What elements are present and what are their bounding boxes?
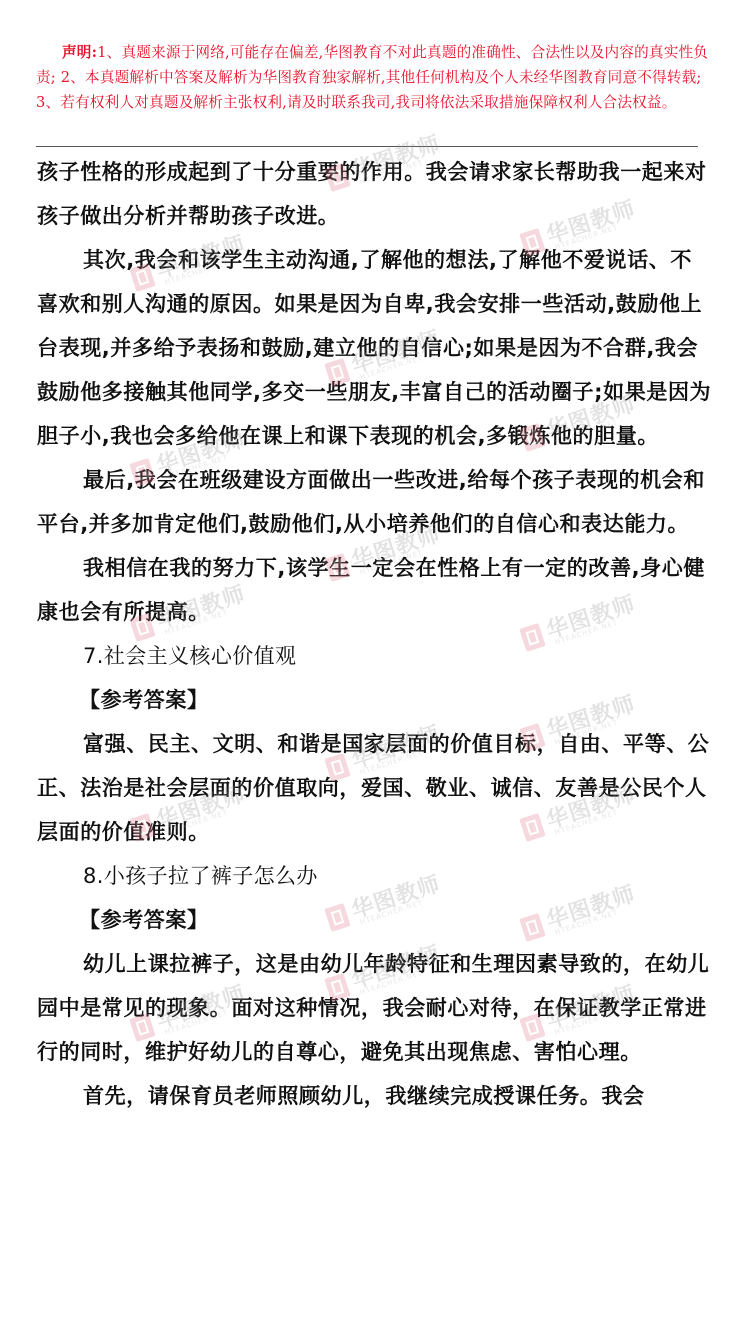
question-7-title: 7.社会主义核心价值观 — [37, 634, 713, 678]
document-page: 声明:1、真题来源于网络,可能存在偏差,华图教育不对此真题的准确性、合法性以及内… — [0, 0, 748, 1334]
disclaimer-notice: 声明:1、真题来源于网络,可能存在偏差,华图教育不对此真题的准确性、合法性以及内… — [36, 40, 712, 115]
question-8-answer-label: 【参考答案】 — [37, 898, 713, 942]
header-separator — [36, 146, 698, 147]
paragraph-continuation: 孩子性格的形成起到了十分重要的作用。我会请求家长帮助我一起来对孩子做出分析并帮助… — [37, 150, 713, 238]
paragraph-conclusion: 我相信在我的努力下,该学生一定会在性格上有一定的改善,身心健康也会有所提高。 — [37, 546, 713, 634]
paragraph-second: 其次,我会和该学生主动沟通,了解他的想法,了解他不爱说话、不喜欢和别人沟通的原因… — [37, 238, 713, 458]
question-7-answer: 富强、民主、文明、和谐是国家层面的价值目标，自由、平等、公正、法治是社会层面的价… — [37, 722, 713, 854]
content-body: 孩子性格的形成起到了十分重要的作用。我会请求家长帮助我一起来对孩子做出分析并帮助… — [37, 150, 713, 1118]
disclaimer-text: 1、真题来源于网络,可能存在偏差,华图教育不对此真题的准确性、合法性以及内容的真… — [36, 44, 708, 111]
question-8-title: 8.小孩子拉了裤子怎么办 — [37, 854, 713, 898]
question-7-answer-label: 【参考答案】 — [37, 678, 713, 722]
question-8-answer-p1: 幼儿上课拉裤子，这是由幼儿年龄特征和生理因素导致的，在幼儿园中是常见的现象。面对… — [37, 942, 713, 1074]
disclaimer-label: 声明: — [62, 44, 97, 61]
paragraph-finally: 最后,我会在班级建设方面做出一些改进,给每个孩子表现的机会和平台,并多加肯定他们… — [37, 458, 713, 546]
question-8-answer-p2: 首先，请保育员老师照顾幼儿，我继续完成授课任务。我会 — [37, 1074, 713, 1118]
